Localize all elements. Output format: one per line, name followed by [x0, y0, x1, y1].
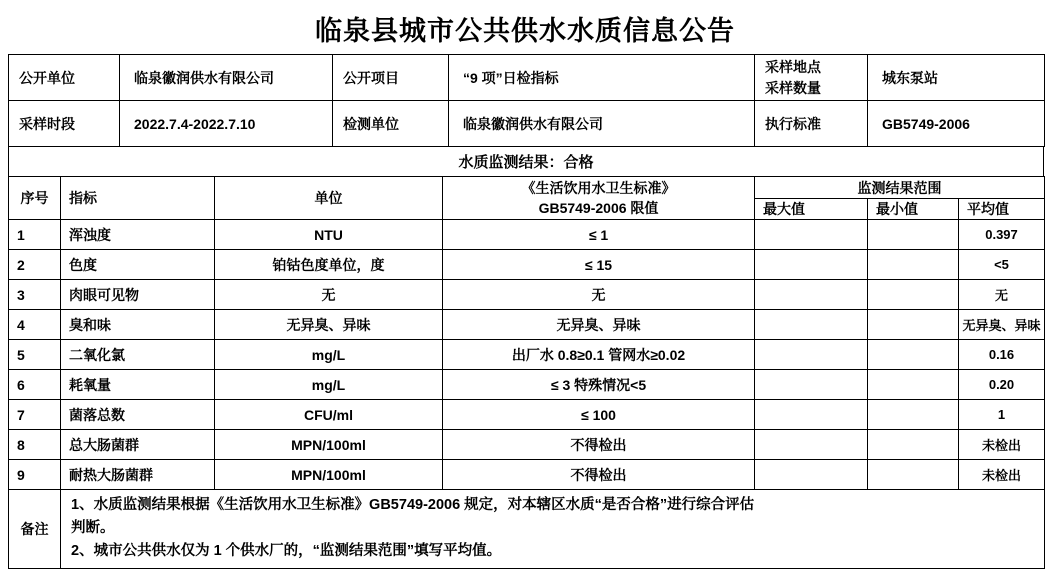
cell-indicator: 肉眼可见物 [61, 280, 215, 310]
info-row-2: 采样时段 2022.7.4-2022.7.10 检测单位 临泉徽润供水有限公司 … [9, 101, 1045, 147]
cell-no: 2 [9, 250, 61, 280]
info-row-1: 公开单位 临泉徽润供水有限公司 公开项目 “9 项”日检指标 采样地点 采样数量… [9, 55, 1045, 101]
cell-min [868, 280, 959, 310]
cell-avg: 1 [959, 400, 1045, 430]
header-indicator: 指标 [61, 177, 215, 220]
sampling-period-value: 2022.7.4-2022.7.10 [120, 101, 333, 147]
cell-min [868, 400, 959, 430]
table-row: 3 肉眼可见物 无 无 无 [9, 280, 1045, 310]
remarks-table: 备注 1、水质监测结果根据《生活饮用水卫生标准》GB5749-2006 规定，对… [8, 489, 1045, 569]
sampling-count-label: 采样数量 [765, 78, 867, 98]
cell-max [755, 370, 868, 400]
cell-unit: mg/L [215, 370, 443, 400]
cell-limit: ≤ 1 [443, 220, 755, 250]
cell-unit: 无异臭、异味 [215, 310, 443, 340]
cell-limit: ≤ 3 特殊情况<5 [443, 370, 755, 400]
cell-no: 9 [9, 460, 61, 490]
project-label: 公开项目 [333, 55, 449, 101]
cell-max [755, 250, 868, 280]
cell-avg: 0.20 [959, 370, 1045, 400]
remark-line-2: 判断。 [71, 517, 1034, 540]
remark-line-3: 2、城市公共供水仅为 1 个供水厂的，“监测结果范围”填写平均值。 [71, 540, 1034, 563]
cell-max [755, 220, 868, 250]
cell-indicator: 浑浊度 [61, 220, 215, 250]
cell-no: 4 [9, 310, 61, 340]
cell-indicator: 耗氧量 [61, 370, 215, 400]
cell-min [868, 220, 959, 250]
cell-min [868, 310, 959, 340]
cell-no: 3 [9, 280, 61, 310]
remark-line-1: 1、水质监测结果根据《生活饮用水卫生标准》GB5749-2006 规定，对本辖区… [71, 494, 1034, 517]
cell-no: 5 [9, 340, 61, 370]
header-limit-line2: GB5749-2006 限值 [443, 198, 754, 218]
sampling-site-label: 采样地点 [765, 57, 867, 77]
remarks-row: 备注 1、水质监测结果根据《生活饮用水卫生标准》GB5749-2006 规定，对… [9, 490, 1045, 569]
info-table: 公开单位 临泉徽润供水有限公司 公开项目 “9 项”日检指标 采样地点 采样数量… [8, 54, 1045, 147]
header-limit-line1: 《生活饮用水卫生标准》 [443, 178, 754, 198]
table-row: 4 臭和味 无异臭、异味 无异臭、异味 无异臭、异味 [9, 310, 1045, 340]
testing-unit-label: 检测单位 [333, 101, 449, 147]
cell-unit: 铂钴色度单位，度 [215, 250, 443, 280]
cell-unit: CFU/ml [215, 400, 443, 430]
cell-no: 7 [9, 400, 61, 430]
table-row: 9 耐热大肠菌群 MPN/100ml 不得检出 未检出 [9, 460, 1045, 490]
cell-indicator: 臭和味 [61, 310, 215, 340]
cell-limit: ≤ 15 [443, 250, 755, 280]
cell-min [868, 430, 959, 460]
cell-min [868, 250, 959, 280]
standard-label: 执行标准 [755, 101, 868, 147]
sampling-period-label: 采样时段 [9, 101, 120, 147]
header-avg: 平均值 [959, 199, 1045, 220]
cell-indicator: 色度 [61, 250, 215, 280]
cell-avg: 未检出 [959, 460, 1045, 490]
table-row: 7 菌落总数 CFU/ml ≤ 100 1 [9, 400, 1045, 430]
cell-limit: 不得检出 [443, 430, 755, 460]
cell-min [868, 460, 959, 490]
header-max: 最大值 [755, 199, 868, 220]
publisher-value: 临泉徽润供水有限公司 [120, 55, 333, 101]
cell-min [868, 370, 959, 400]
result-banner: 水质监测结果：合格 [9, 147, 1044, 177]
header-no: 序号 [9, 177, 61, 220]
cell-max [755, 460, 868, 490]
cell-limit: ≤ 100 [443, 400, 755, 430]
header-row-group: 序号 指标 单位 《生活饮用水卫生标准》 GB5749-2006 限值 监测结果… [9, 177, 1045, 199]
cell-avg: <5 [959, 250, 1045, 280]
testing-unit-value: 临泉徽润供水有限公司 [449, 101, 755, 147]
result-banner-table: 水质监测结果：合格 [8, 146, 1044, 177]
sampling-site-count-label: 采样地点 采样数量 [755, 55, 868, 101]
table-row: 8 总大肠菌群 MPN/100ml 不得检出 未检出 [9, 430, 1045, 460]
standard-value: GB5749-2006 [868, 101, 1045, 147]
cell-unit: NTU [215, 220, 443, 250]
cell-indicator: 耐热大肠菌群 [61, 460, 215, 490]
project-value: “9 项”日检指标 [449, 55, 755, 101]
cell-indicator: 二氧化氯 [61, 340, 215, 370]
cell-limit: 无 [443, 280, 755, 310]
result-banner-row: 水质监测结果：合格 [9, 147, 1044, 177]
cell-unit: MPN/100ml [215, 430, 443, 460]
cell-unit: mg/L [215, 340, 443, 370]
cell-no: 1 [9, 220, 61, 250]
header-min: 最小值 [868, 199, 959, 220]
cell-avg: 无 [959, 280, 1045, 310]
sampling-site-value: 城东泵站 [868, 55, 1045, 101]
table-row: 2 色度 铂钴色度单位，度 ≤ 15 <5 [9, 250, 1045, 280]
table-row: 5 二氧化氯 mg/L 出厂水 0.8≥0.1 管网水≥0.02 0.16 [9, 340, 1045, 370]
table-row: 6 耗氧量 mg/L ≤ 3 特殊情况<5 0.20 [9, 370, 1045, 400]
cell-unit: 无 [215, 280, 443, 310]
cell-no: 6 [9, 370, 61, 400]
table-row: 1 浑浊度 NTU ≤ 1 0.397 [9, 220, 1045, 250]
cell-limit: 不得检出 [443, 460, 755, 490]
header-range-group: 监测结果范围 [755, 177, 1045, 199]
cell-avg: 0.16 [959, 340, 1045, 370]
publisher-label: 公开单位 [9, 55, 120, 101]
results-table: 序号 指标 单位 《生活饮用水卫生标准》 GB5749-2006 限值 监测结果… [8, 176, 1045, 490]
cell-unit: MPN/100ml [215, 460, 443, 490]
notice-sheet: 公开单位 临泉徽润供水有限公司 公开项目 “9 项”日检指标 采样地点 采样数量… [8, 54, 1044, 569]
cell-max [755, 340, 868, 370]
remarks-body: 1、水质监测结果根据《生活饮用水卫生标准》GB5749-2006 规定，对本辖区… [61, 490, 1045, 569]
cell-max [755, 280, 868, 310]
cell-avg: 未检出 [959, 430, 1045, 460]
cell-indicator: 总大肠菌群 [61, 430, 215, 460]
cell-avg: 0.397 [959, 220, 1045, 250]
cell-no: 8 [9, 430, 61, 460]
header-unit: 单位 [215, 177, 443, 220]
remarks-label: 备注 [9, 490, 61, 569]
cell-max [755, 310, 868, 340]
cell-limit: 无异臭、异味 [443, 310, 755, 340]
cell-min [868, 340, 959, 370]
cell-limit: 出厂水 0.8≥0.1 管网水≥0.02 [443, 340, 755, 370]
header-limit: 《生活饮用水卫生标准》 GB5749-2006 限值 [443, 177, 755, 220]
cell-max [755, 430, 868, 460]
cell-avg: 无异臭、异味 [959, 310, 1045, 340]
page-title: 临泉县城市公共供水水质信息公告 [0, 9, 1050, 48]
cell-indicator: 菌落总数 [61, 400, 215, 430]
cell-max [755, 400, 868, 430]
